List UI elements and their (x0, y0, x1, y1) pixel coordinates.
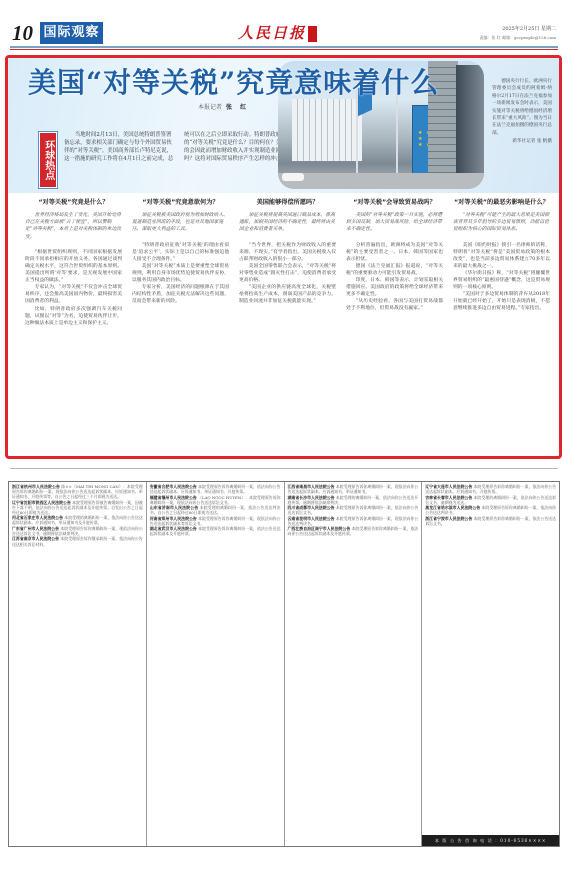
paragraph: 专家认为，“对等关税”不仅会冲击全球贸易秩序，还会推高美国国内物价，最终损害美国… (25, 284, 122, 305)
masthead-rule-blue (10, 46, 558, 48)
paragraph: 美国全国零售联合会表示，“对等关税”将对零售业造成“毁灭性打击”，迫使消费者承受… (239, 263, 336, 284)
notice-item: 四川省成都市人民法院公告 本院受理原告诉你离婚纠纷一案，依法向你公告送达诉讼文书… (288, 505, 419, 515)
notice-item: 云南省昆明市人民法院公告 本院受理原告诉你离婚纠纷一案，现依法向你公告送达判决书… (288, 516, 419, 526)
article-column: 美国能够得偿所愿吗？ 加征关税将提高美国进口商品成本，推高通胀，加剧美国经济的不… (234, 198, 341, 454)
column-heading: “对等关税”究竟意欲何为？ (132, 198, 229, 208)
byline: 本报记者张 红 (198, 102, 249, 111)
paragraph: “美国企业的供应链高度全球化，关税壁垒将抬高生产成本，削弱美国产品的竞争力。制造… (239, 284, 336, 305)
page-number: 10 (12, 22, 33, 44)
notice-item: 辽宁省大连市人民法院公告 本院受理原告诉你离婚纠纷一案，依法向你公告送达起诉状副… (425, 484, 556, 494)
issue-date: 2025年2月25日 星期二 (502, 26, 556, 33)
byline-label: 本报记者 (198, 104, 222, 111)
paragraph: 印度、日本、韩国等表示，计划采取相关措施回应。美国政府的政策将给全球经济带来更多… (346, 277, 443, 298)
paragraph: “美国对于多边贸易体制的背弃从2018年开始就已经开始了，开始只是表现消极，不愿… (453, 291, 550, 312)
caption-text: 德国央行行长、欧洲央行管理委员会成员约阿希姆·纳格尔2月17日在法兰克福参加一场… (492, 79, 552, 136)
photo-road (278, 173, 484, 189)
notice-column: 浙江省杭州市人民法院公告 陈××（MAI THI MONG CAN）：本院受理原… (9, 482, 147, 846)
article-column: “对等关税”究竟意欲何为？ 加征关税被美国政府视为增加财政收入、促进制造业回流的… (127, 198, 234, 454)
notice-item: 湖南省长沙市人民法院公告 本院受理的离婚纠纷一案，依法向你公告送达开庭传票，逾期… (288, 495, 419, 505)
paragraph: 分析普遍指出，欧洲将成为美国“对等关税”的主要受害者之一。日本、韩国等国家也表示… (346, 242, 443, 263)
column-body: 分析普遍指出，欧洲将成为美国“对等关税”的主要受害者之一。日本、韩国等国家也表示… (346, 242, 443, 313)
notice-item: 山东省济南市人民法院公告 本院受理的离婚纠纷一案，依法公告送达判决书，自公告之日… (150, 505, 281, 515)
notice-item: 广东省广州市人民法院公告 本院受理原告诉你离婚纠纷一案，现依法向你公告送达诉讼文… (12, 526, 143, 536)
article-column: “对等关税”会导致贸易战吗？ 美国的“对等关税”政策一旦实施，必将遭到多国反制，… (341, 198, 448, 454)
masthead-rule-red (10, 49, 558, 50)
feature-article: 美国“对等关税”究竟意味着什么 本报记者张 红 环球热点 当地时间2月13日，美… (5, 55, 562, 459)
section-divider (10, 468, 558, 469)
newspaper-logo: 人民日报 (238, 23, 317, 43)
headline-banner: 美国“对等关税”究竟意味着什么 本报记者张 红 环球热点 当地时间2月13日，美… (8, 58, 559, 193)
notice-item: 广西壮族自治区南宁市人民法院公告 本院受理原告诉你离婚纠纷一案，依法向你公告送达… (288, 526, 419, 536)
paragraph: “从历史经验看，各国与美国打贸易战都处于不利地位，但贸易战没有赢家。” (346, 298, 443, 312)
photo-building (292, 99, 362, 161)
column-heading: 美国能够得偿所愿吗？ (239, 198, 336, 208)
page-masthead: 10 国际观察 人民日报 2025年2月25日 星期二 责编：张 红 邮箱：gc… (10, 22, 558, 46)
hot-topic-tag: 环球热点 (38, 131, 58, 189)
column-heading: “对等关税”究竟是什么？ (25, 198, 122, 208)
notice-item: 安徽省合肥市人民法院公告 本院受理原告诉你离婚纠纷一案，依法向你公告送达起诉状副… (150, 484, 281, 494)
legal-notices: 浙江省杭州市人民法院公告 陈××（MAI THI MONG CAN）：本院受理原… (8, 481, 560, 847)
notice-item: 河南省郑州市人民法院公告 本院受理原告诉你离婚纠纷一案，现依法向你公告送达起诉状… (150, 516, 281, 526)
notice-column: 江西省南昌市人民法院公告 本院受理原告诉你离婚纠纷一案，现依法向你公告送达起诉状… (285, 482, 423, 846)
article-column: “对等关税”究竟是什么？ 世界经济格局发生了变化，美国开始觉得自己在关税方面被“… (20, 198, 127, 454)
paragraph: 比如，特朗普政府多次强调汽车关税问题，试图以“对等”为名，迫使贸易伙伴让步。这种… (25, 306, 122, 327)
paragraph: 美国“对等关税”本质上是要重塑全球贸易规则，利用自身市场优势迫使贸易伙伴妥协，以… (132, 263, 229, 284)
column-body: “根据世贸组织规则，不同国家根据发展阶段不同承担相应的开放义务。各国通过谈判确定… (25, 249, 122, 327)
column-lead: 美国的“对等关税”政策一旦实施，必将遭到多国反制，加大贸易战风险，给全球经济带来… (346, 212, 443, 234)
photo-caption: 德国央行行长、欧洲央行管理委员会成员约阿希姆·纳格尔2月17日在法兰克福参加一场… (492, 78, 552, 146)
byline-name: 张 红 (226, 104, 249, 111)
notice-item: 湖北省武汉市人民法院公告 本院受理原告诉你离婚纠纷一案，依法公告送达起诉状副本及… (150, 526, 281, 536)
notice-item: 福建省福州市人民法院公告 （LAO NGOC HUYEN）：本院受理原告诉你离婚… (150, 495, 281, 505)
notice-item: 江西省南昌市人民法院公告 本院受理原告诉你离婚纠纷一案，现依法向你公告送达起诉状… (288, 484, 419, 494)
photo-credit: 新华社记者 张 帆摄 (492, 138, 552, 145)
column-lead: 加征关税被美国政府视为增加财政收入、促进制造业回流的手段，也是对其他国家施压、谋… (132, 212, 229, 234)
article-headline: 美国“对等关税”究竟意味着什么 (28, 66, 439, 100)
column-body: “特朗普政府征收‘对等关税’的理由看似是‘追求公平’，实际上是以自己的标准强迫他… (132, 242, 229, 306)
editor-info: 责编：张 红 邮箱：gccpeople@126.com (480, 35, 556, 41)
article-columns: “对等关税”究竟是什么？ 世界经济格局发生了变化，美国开始觉得自己在关税方面被“… (20, 198, 555, 454)
notice-item: 辽宁省沈阳市铁西区人民法院公告 本院受理原告诉被告离婚纠纷一案，因被告下落不明，… (12, 500, 143, 515)
notice-item: 黑龙江省哈尔滨市人民法院公告 本院受理原告诉你离婚纠纷一案，依法向你公告送达判决… (425, 505, 556, 515)
column-heading: “对等关税”会导致贸易战吗？ (346, 198, 443, 208)
paragraph: “当今世界，把关税作为财政收入的重要来源，不现实。”有学者指出，美国关税收入仅占… (239, 242, 336, 263)
notice-column: 辽宁省大连市人民法院公告 本院受理原告诉你离婚纠纷一案，依法向你公告送达起诉状副… (422, 482, 559, 846)
paragraph: “根据世贸组织规则，不同国家根据发展阶段不同承担相应的开放义务。各国通过谈判确定… (25, 249, 122, 284)
notice-item: 吉林省长春市人民法院公告 本院受理的离婚纠纷一案，依法向你公告送达诉讼文书，逾期… (425, 495, 556, 505)
column-body: 美国《纽约时报》援引一名律师的话称，特朗普“对等关税”将是“美国贸易政策的根本改… (453, 242, 550, 313)
article-intro: 当地时间2月13日，美国总统特朗普签署备忘录，要求相关部门确定与每个外国贸易伙伴… (64, 131, 294, 163)
notice-item: 江苏省南京市人民法院公告 本院受理原告诉你继承纠纷一案，依法向你公告送达相关诉讼… (12, 536, 143, 546)
notice-item: 浙江省宁波市人民法院公告 本院受理原告诉你离婚纠纷一案，依法公告送达诉讼文书。 (425, 516, 556, 526)
notice-column: 安徽省合肥市人民法院公告 本院受理原告诉你离婚纠纷一案，依法向你公告送达起诉状副… (147, 482, 285, 846)
column-lead: 世界经济格局发生了变化，美国开始觉得自己在关税方面被“占了便宜”，所以要制定“对… (25, 212, 122, 241)
photo-tower (456, 65, 484, 177)
column-lead: 加征关税将提高美国进口商品成本，推高通胀，加剧美国经济的不确定性，最终将由美国企… (239, 212, 336, 234)
column-heading: “对等关税”的最恶劣影响是什么？ (453, 198, 550, 208)
logo-text: 人民日报 (238, 24, 306, 42)
notice-item: 浙江省杭州市人民法院公告 陈××（MAI THI MONG CAN）：本院受理原… (12, 484, 143, 499)
paragraph: 美国《纽约时报》援引一名律师的话称，特朗普“对等关税”将是“美国贸易政策的根本改… (453, 242, 550, 270)
paragraph: “特朗普政府征收‘对等关税’的理由看似是‘追求公平’，实际上是以自己的标准强迫他… (132, 242, 229, 263)
photo-car (282, 173, 304, 181)
paragraph: 《华尔街日报》称，“对等关税”将颠覆世界贸易组织的“最惠国待遇”概念，这是贸易规… (453, 270, 550, 291)
paragraph: 德国《法兰克福汇报》报道说，“对等关税”的重要驱动力可能引发贸易战。 (346, 263, 443, 277)
notice-item: 河北省石家庄市人民法院公告 本院受理的离婚纠纷一案，依法向你公告送达起诉状副本、… (12, 515, 143, 525)
notice-contact-bar: 本 版 公 告 咨 询 电 话 ：010-6536×××× (422, 835, 559, 846)
paragraph: 专家分析，美国经济的问题根源在于其国内结构性矛盾，加征关税无法解决这些问题，反而… (132, 284, 229, 305)
article-column: “对等关税”的最恶劣影响是什么？ “对等关税”可能产生的最大恶果是美国彻底背弃其… (448, 198, 555, 454)
edition-badge-icon (308, 26, 317, 42)
column-body: “当今世界，把关税作为财政收入的重要来源，不现实。”有学者指出，美国关税收入仅占… (239, 242, 336, 306)
section-title: 国际观察 (40, 22, 103, 44)
column-lead: “对等关税”可能产生的最大恶果是美国彻底背弃其多年倡导的多边贸易原则，动摇以世贸… (453, 212, 550, 234)
hot-topic-label: 环球热点 (40, 133, 56, 187)
